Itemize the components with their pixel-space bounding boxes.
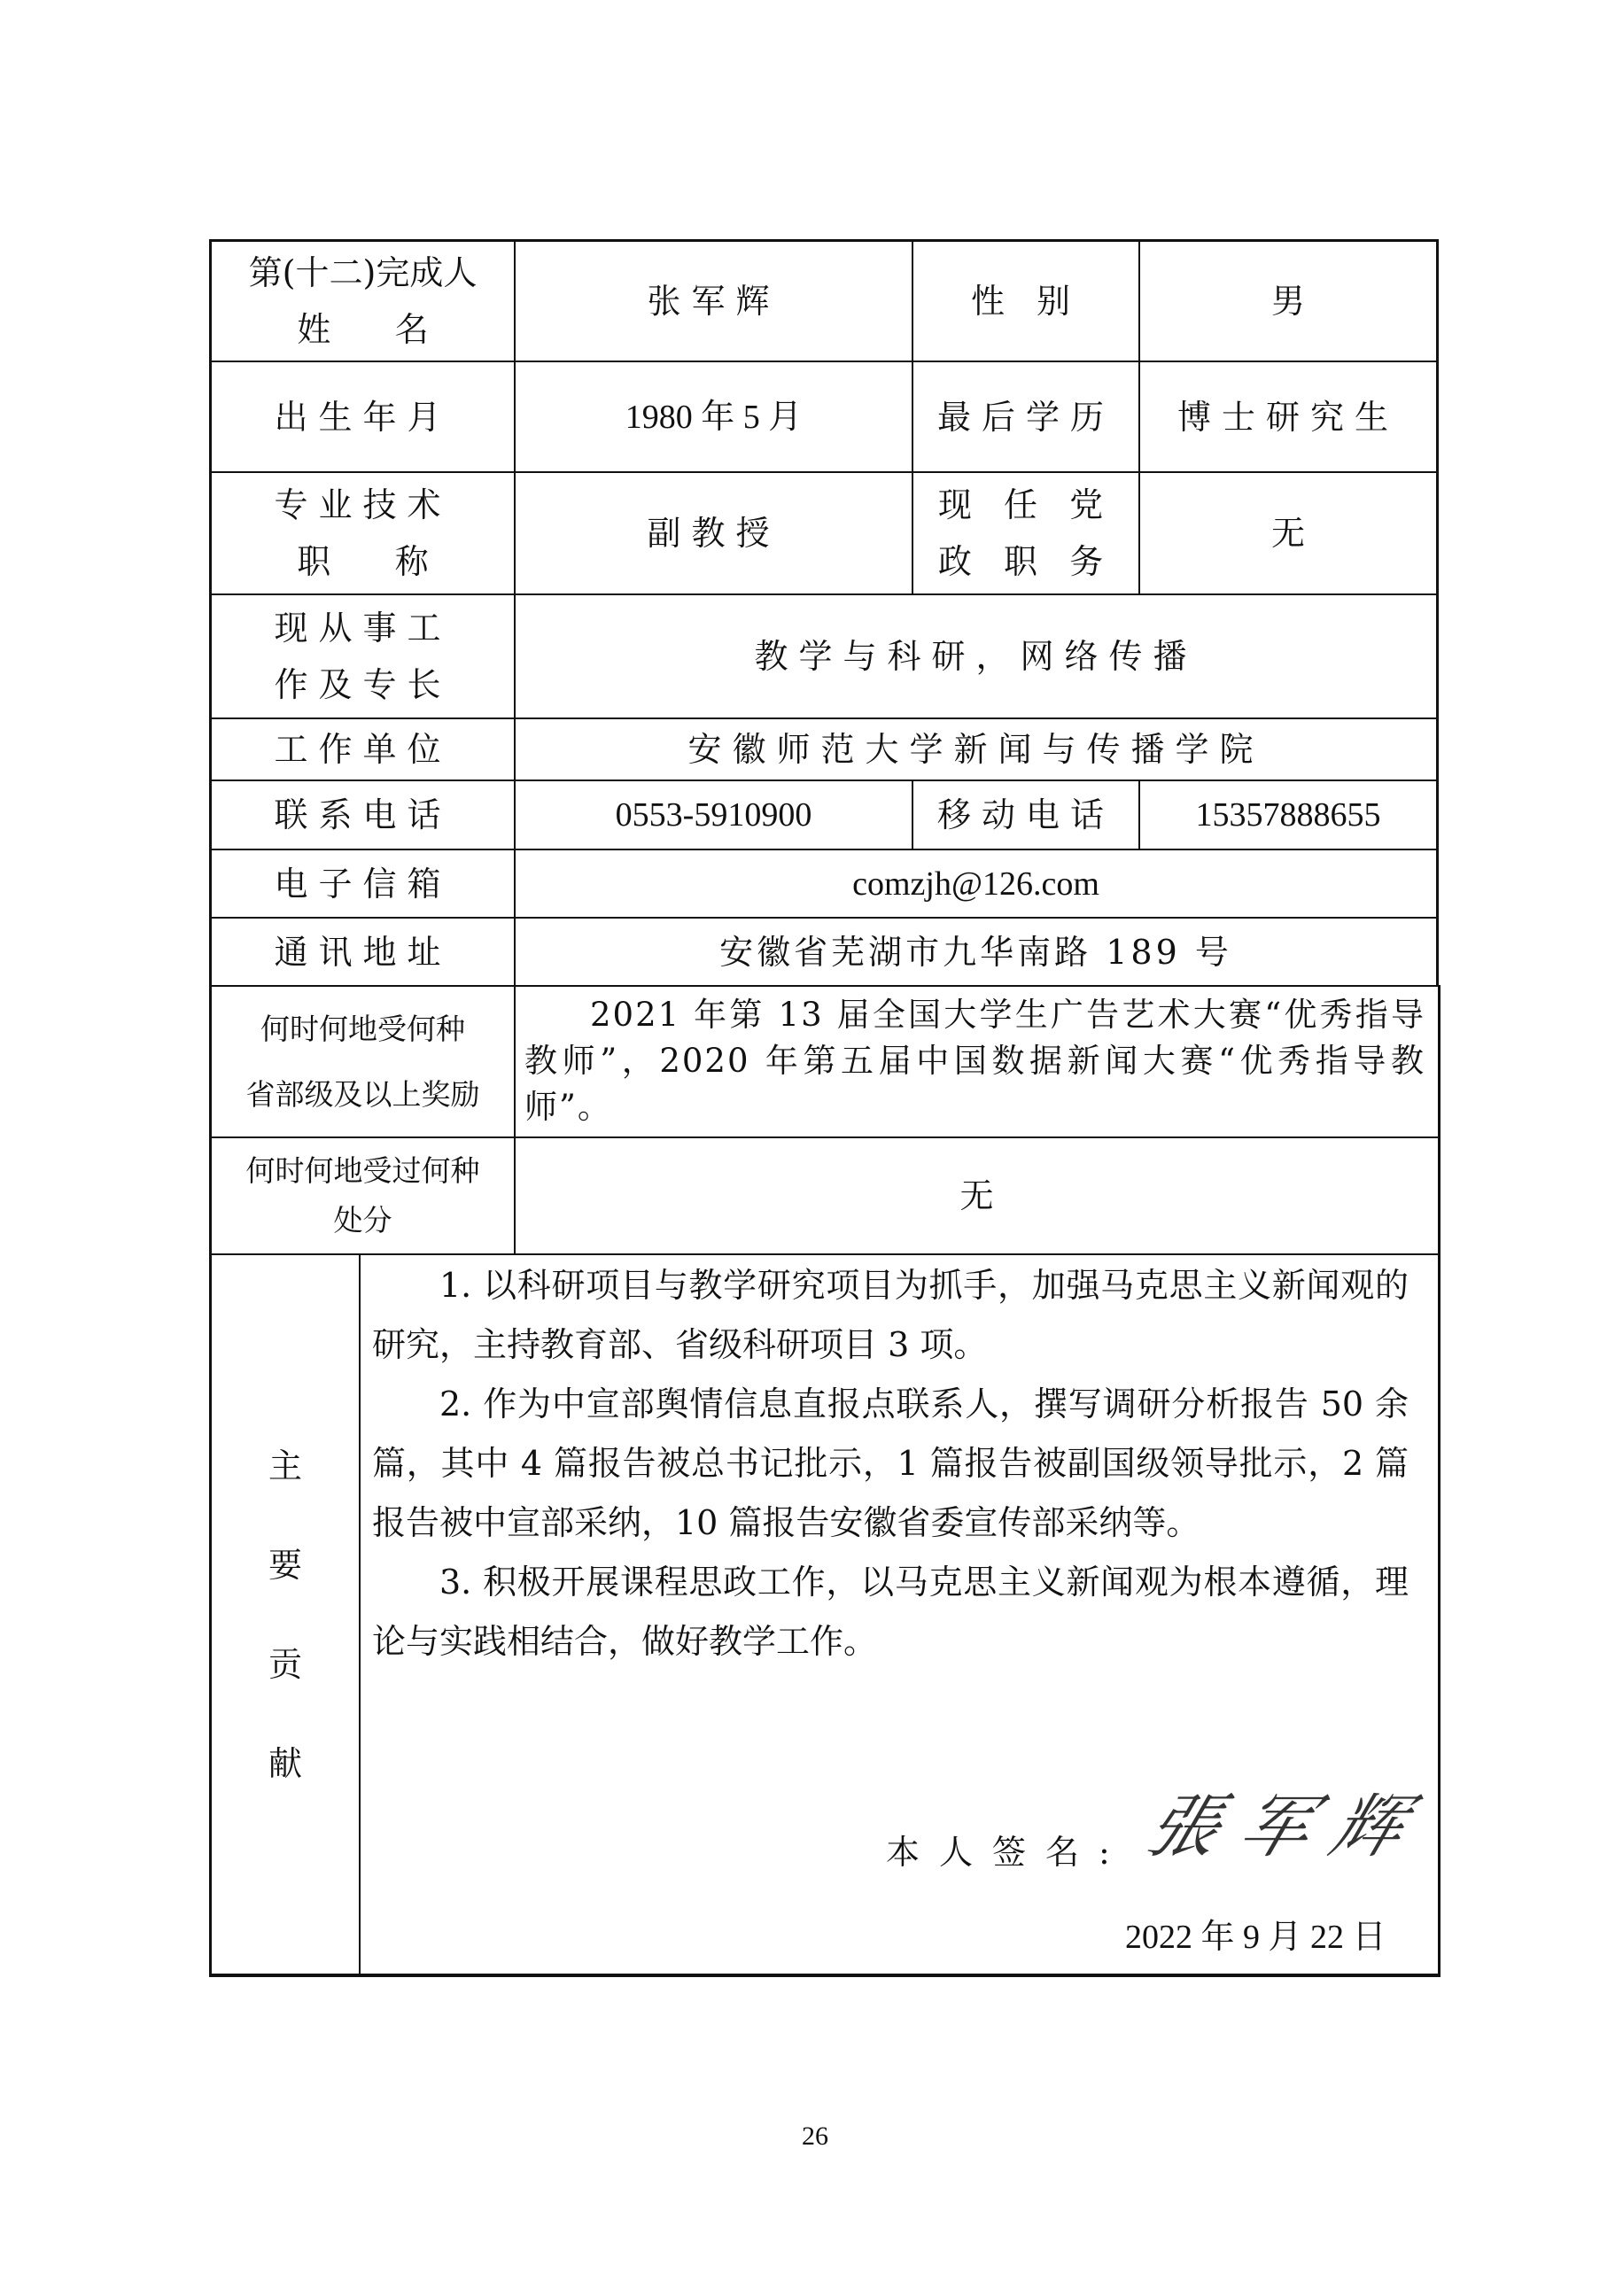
penalty-label-cell: 何时何地受过何种 处分: [209, 1136, 516, 1255]
title-value: 副教授: [647, 505, 780, 562]
address-value: 安徽省芜湖市九华南路 189 号: [719, 924, 1232, 981]
phone-label-cell: 联系电话: [209, 780, 516, 850]
phone-label: 联系电话: [274, 787, 451, 843]
phone-value: 0553-5910900: [616, 787, 812, 843]
gender-value: 男: [1271, 273, 1305, 330]
title-value-cell: 副教授: [514, 471, 913, 595]
contribution-item: 1. 以科研项目与教学研究项目为抓手，加强马克思主义新闻观的研究，主持教育部、省…: [372, 1256, 1409, 1375]
title-label-line2: 职 称: [297, 533, 428, 590]
email-value: comzjh@126.com: [852, 856, 1099, 912]
penalty-label-line1: 何时何地受过何种: [246, 1146, 480, 1196]
penalty-value-cell: 无: [514, 1136, 1441, 1255]
gender-label: 性 别: [971, 273, 1081, 330]
party-label-line1: 现 任 党: [938, 477, 1114, 533]
contributions-label: 主 要 贡 献: [268, 1438, 302, 1792]
name-value: 张军辉: [647, 273, 780, 330]
party-value-cell: 无: [1138, 471, 1439, 595]
name-label-line2: 姓 名: [297, 301, 428, 358]
gender-value-cell: 男: [1138, 239, 1439, 362]
education-label-cell: 最后学历: [912, 361, 1140, 473]
contributions-label-char: 要: [268, 1537, 302, 1594]
education-label: 最后学历: [937, 389, 1114, 446]
mobile-label: 移动电话: [937, 787, 1114, 843]
title-label-cell: 专业技术 职 称: [209, 471, 516, 595]
contributions-label-char: 献: [268, 1735, 302, 1792]
party-label-line2: 政 职 务: [938, 533, 1114, 590]
signature-date: 2022 年 9 月 22 日: [1125, 1909, 1386, 1958]
page-number: 26: [797, 2121, 833, 2152]
address-value-cell: 安徽省芜湖市九华南路 189 号: [514, 917, 1439, 987]
contributions-label-char: 主: [268, 1438, 302, 1494]
unit-value-cell: 安徽师范大学新闻与传播学院: [514, 717, 1439, 781]
party-value: 无: [1271, 505, 1305, 562]
email-value-cell: comzjh@126.com: [514, 849, 1439, 919]
address-label-cell: 通讯地址: [209, 917, 516, 987]
unit-value: 安徽师范大学新闻与传播学院: [687, 721, 1263, 778]
title-label-line1: 专业技术: [274, 477, 451, 533]
work-value-cell: 教学与科研，网络传播: [514, 593, 1439, 719]
name-label-line1: 第(十二)完成人: [249, 244, 478, 301]
penalty-label-line2: 处分: [334, 1196, 392, 1245]
education-value: 博士研究生: [1177, 389, 1399, 446]
birth-label: 出生年月: [274, 389, 451, 446]
awards-value: 2021 年第 13 届全国大学生广告艺术大赛“优秀指导教师”，2020 年第五…: [524, 992, 1425, 1130]
awards-label-line2: 省部级及以上奖励: [246, 1070, 480, 1120]
awards-label-cell: 何时何地受何种 省部级及以上奖励: [209, 985, 516, 1138]
address-label: 通讯地址: [274, 924, 451, 981]
birth-value: 1980 年 5 月: [625, 389, 803, 446]
mobile-value-cell: 15357888655: [1138, 780, 1439, 850]
document-page: 第(十二)完成人 姓 名 张军辉 性 别 男 出生年月 1980 年 5 月 最…: [0, 0, 1623, 2296]
phone-value-cell: 0553-5910900: [514, 780, 913, 850]
party-label-cell: 现 任 党 政 职 务: [912, 471, 1140, 595]
work-label-line2: 作及专长: [274, 656, 451, 713]
unit-label: 工作单位: [274, 721, 451, 778]
awards-label-line1: 何时何地受何种: [260, 1004, 465, 1054]
signature-label: 本人签名:: [886, 1825, 1130, 1873]
unit-label-cell: 工作单位: [209, 717, 516, 781]
contributions-label-cell: 主 要 贡 献: [209, 1253, 361, 1977]
birth-value-cell: 1980 年 5 月: [514, 361, 913, 473]
contributions-list: 1. 以科研项目与教学研究项目为抓手，加强马克思主义新闻观的研究，主持教育部、省…: [372, 1256, 1409, 1672]
contribution-item: 2. 作为中宣部舆情信息直报点联系人，撰写调研分析报告 50 余篇，其中 4 篇…: [372, 1375, 1409, 1553]
awards-value-cell: 2021 年第 13 届全国大学生广告艺术大赛“优秀指导教师”，2020 年第五…: [514, 985, 1441, 1138]
contribution-item: 3. 积极开展课程思政工作，以马克思主义新闻观为根本遵循，理论与实践相结合，做好…: [372, 1553, 1409, 1672]
name-value-cell: 张军辉: [514, 239, 913, 362]
name-label-cell: 第(十二)完成人 姓 名: [209, 239, 516, 362]
work-label-cell: 现从事工 作及专长: [209, 593, 516, 719]
mobile-value: 15357888655: [1196, 787, 1381, 843]
gender-label-cell: 性 别: [912, 239, 1140, 362]
penalty-value: 无: [959, 1167, 993, 1224]
contributions-label-char: 贡: [268, 1636, 302, 1693]
handwritten-signature: 張军辉: [1136, 1772, 1444, 1871]
work-label-line1: 现从事工: [274, 600, 451, 656]
work-value: 教学与科研，网络传播: [754, 628, 1197, 685]
email-label: 电子信箱: [274, 856, 451, 912]
education-value-cell: 博士研究生: [1138, 361, 1439, 473]
email-label-cell: 电子信箱: [209, 849, 516, 919]
birth-label-cell: 出生年月: [209, 361, 516, 473]
mobile-label-cell: 移动电话: [912, 780, 1140, 850]
